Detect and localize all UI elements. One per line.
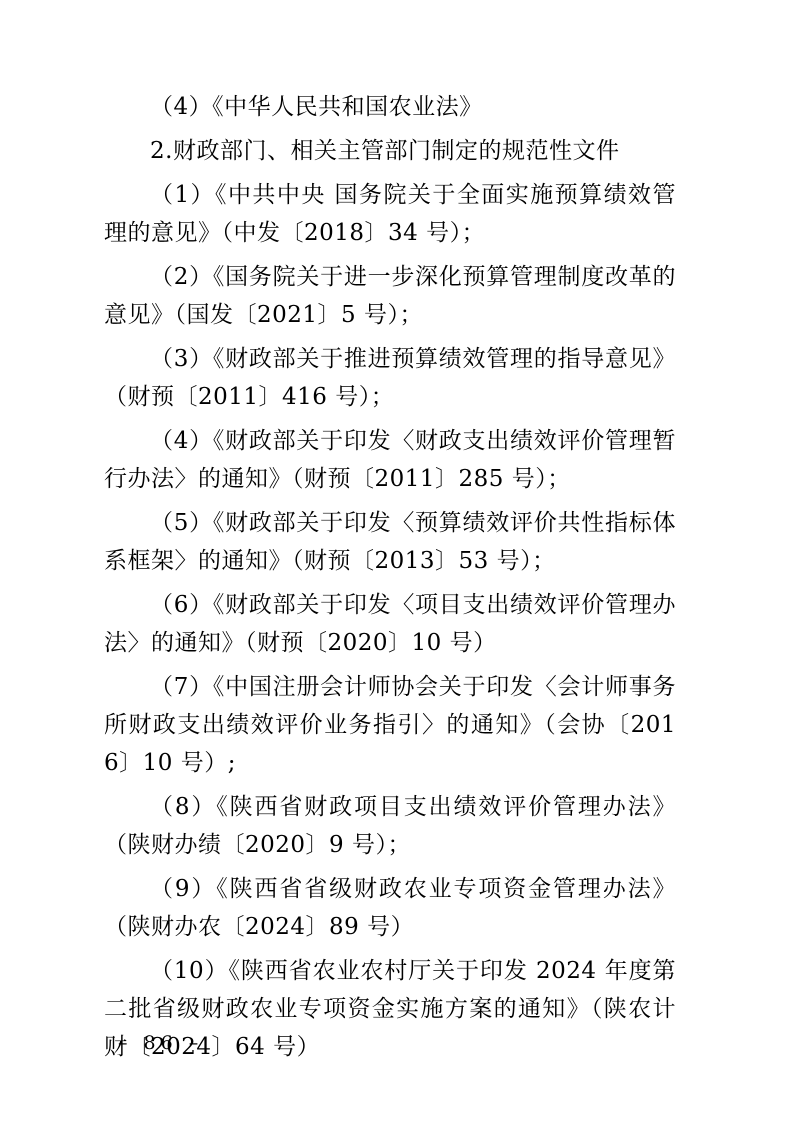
document-page: （4）《中华人民共和国农业法》 2.财政部门、相关主管部门制定的规范性文件 （1…: [0, 0, 793, 1122]
paragraph-item-5: （5）《财政部关于印发〈预算绩效评价共性指标体系框架〉的通知》（财预〔2013〕…: [104, 504, 676, 580]
paragraph-item-1: （1）《中共中央 国务院关于全面实施预算绩效管理的意见》（中发〔2018〕34 …: [104, 176, 676, 252]
paragraph-item-3: （3）《财政部关于推进预算绩效管理的指导意见》（财预〔2011〕416 号）；: [104, 340, 676, 416]
paragraph-item-6: （6）《财政部关于印发〈项目支出绩效评价管理办法〉的通知》（财预〔2020〕10…: [104, 586, 676, 662]
paragraph-law-agriculture: （4）《中华人民共和国农业法》: [104, 88, 676, 126]
paragraph-item-9: （9）《陕西省省级财政农业专项资金管理办法》（陕财办农〔2024〕89 号）: [104, 870, 676, 946]
paragraph-item-4: （4）《财政部关于印发〈财政支出绩效评价管理暂行办法〉的通知》（财预〔2011〕…: [104, 422, 676, 498]
page-footer: – 86 –: [118, 1032, 203, 1054]
page-number: – 86 –: [118, 1032, 203, 1054]
paragraph-item-2: （2）《国务院关于进一步深化预算管理制度改革的意见》（国发〔2021〕5 号）；: [104, 258, 676, 334]
paragraph-section-heading: 2.财政部门、相关主管部门制定的规范性文件: [104, 132, 676, 170]
paragraph-item-8: （8）《陕西省财政项目支出绩效评价管理办法》（陕财办绩〔2020〕9 号）；: [104, 788, 676, 864]
paragraph-item-7: （7）《中国注册会计师协会关于印发〈会计师事务所财政支出绩效评价业务指引〉的通知…: [104, 668, 676, 782]
document-body: （4）《中华人民共和国农业法》 2.财政部门、相关主管部门制定的规范性文件 （1…: [104, 88, 676, 1072]
